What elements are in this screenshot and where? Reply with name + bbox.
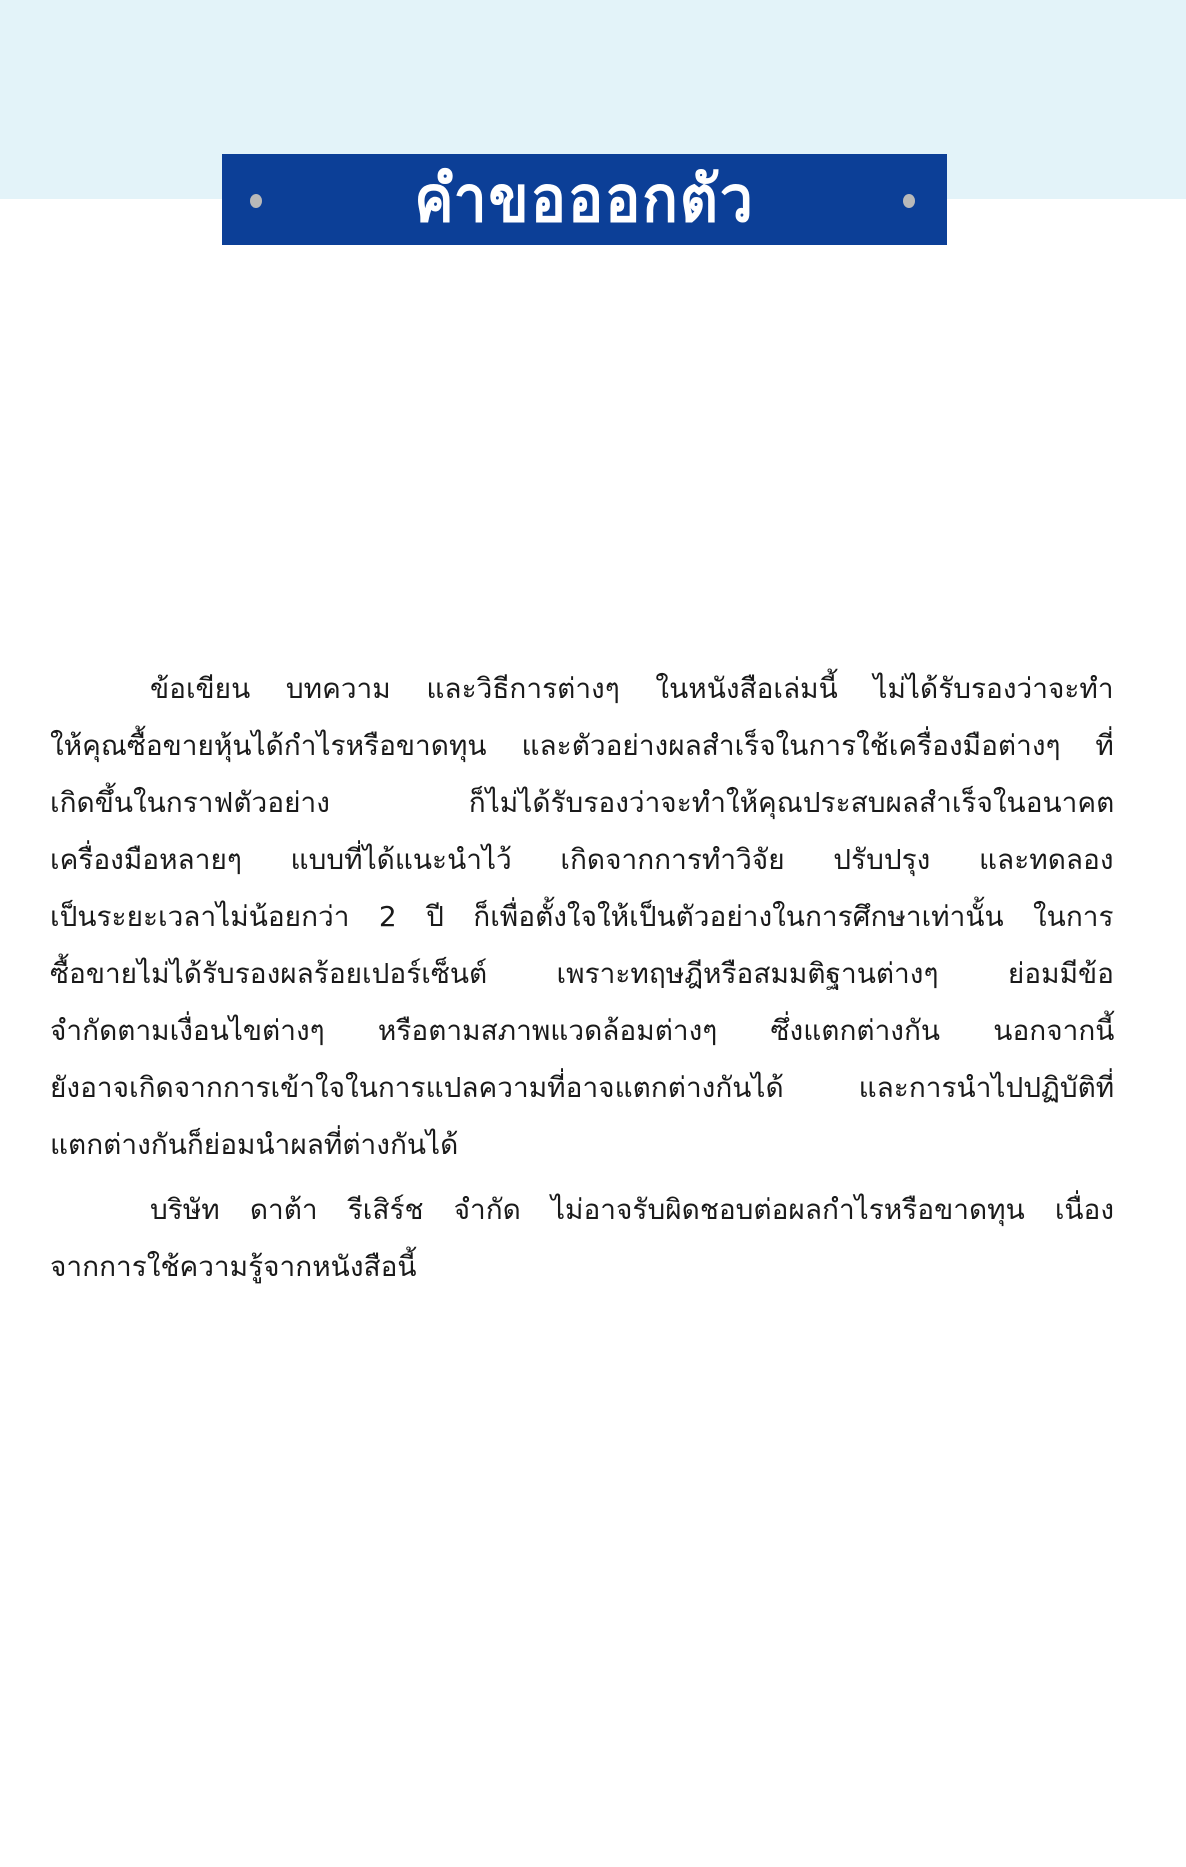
text-line: บริษัท ดาต้า รีเสิร์ช จำกัด ไม่อาจรับผิด… <box>50 1181 1114 1238</box>
text-line: แตกต่างกันก็ย่อมนำผลที่ต่างกันได้ <box>50 1116 1114 1173</box>
text-line: ให้คุณซื้อขายหุ้นได้กำไรหรือขาดทุน และตั… <box>50 717 1114 774</box>
text-line: เครื่องมือหลายๆ แบบที่ได้แนะนำไว้ เกิดจา… <box>50 831 1114 888</box>
text-line: เกิดขึ้นในกราฟตัวอย่าง ก็ไม่ได้รับรองว่า… <box>50 774 1114 831</box>
paragraph-1: ข้อเขียน บทความ และวิธีการต่างๆ ในหนังสื… <box>50 660 1114 1173</box>
text-line: จากการใช้ความรู้จากหนังสือนี้ <box>50 1238 1114 1295</box>
title-banner: คำขอออกตัว <box>222 154 947 245</box>
disclaimer-body: ข้อเขียน บทความ และวิธีการต่างๆ ในหนังสื… <box>50 660 1114 1295</box>
page-title: คำขอออกตัว <box>251 160 918 240</box>
paragraph-2: บริษัท ดาต้า รีเสิร์ช จำกัด ไม่อาจรับผิด… <box>50 1181 1114 1295</box>
text-line: ข้อเขียน บทความ และวิธีการต่างๆ ในหนังสื… <box>50 660 1114 717</box>
text-line: ยังอาจเกิดจากการเข้าใจในการแปลความที่อาจ… <box>50 1059 1114 1116</box>
text-line: จำกัดตามเงื่อนไขต่างๆ หรือตามสภาพแวดล้อม… <box>50 1002 1114 1059</box>
bullet-dot-icon <box>903 194 915 208</box>
text-line: เป็นระยะเวลาไม่น้อยกว่า 2 ปี ก็เพื่อตั้ง… <box>50 888 1114 945</box>
paragraph-gap <box>50 1173 1114 1181</box>
text-line: ซื้อขายไม่ได้รับรองผลร้อยเปอร์เซ็นต์ เพร… <box>50 945 1114 1002</box>
